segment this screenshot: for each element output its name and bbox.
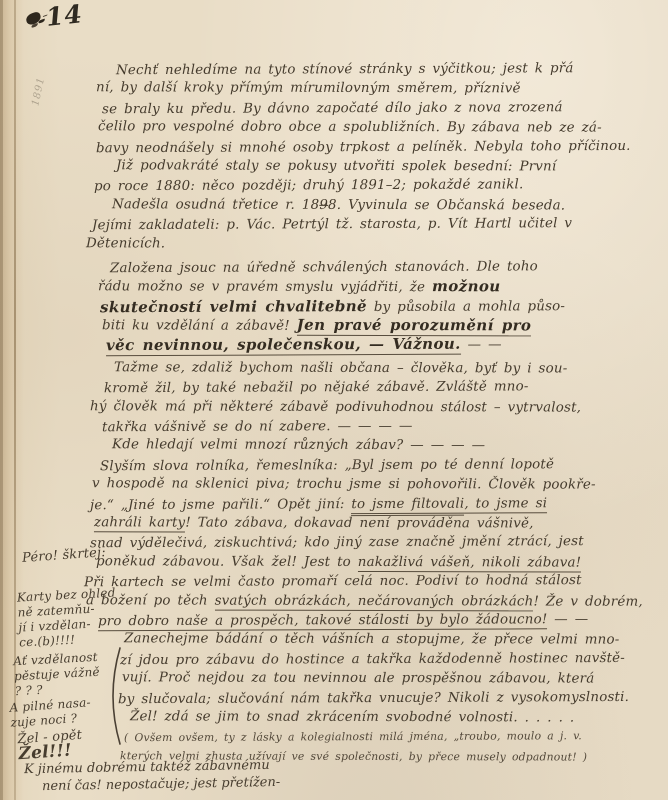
manuscript-line: ( Ovšem ovšem, ty z lásky a kolegialnost…: [124, 726, 666, 748]
margin-note-line: Péro! škrtej:: [22, 545, 107, 566]
text-segment: Kde hledají velmi mnozí různých zábav? —…: [112, 438, 485, 455]
manuscript-line: po roce 1880: něco později; druhý 1891–2…: [94, 175, 666, 197]
text-segment: ( Ovšem ovšem, ty z lásky a kolegialnost…: [124, 729, 582, 745]
manuscript-page: 14 1891 Nechť nehledíme na tyto stínové …: [0, 0, 668, 800]
manuscript-line: skutečností velmi chvalitebně by působil…: [100, 295, 666, 317]
red-ink-mark: [2, 534, 7, 541]
manuscript-line: ní, by další kroky přímým mírumilovným s…: [96, 79, 666, 100]
text-segment: poněkud zábavou. Však žel! Jest to: [96, 554, 358, 571]
text-segment: vují. Proč nejdou za tou nevinnou ale pr…: [122, 670, 594, 687]
text-segment: — —: [461, 338, 502, 354]
text-segment: je.“ „Jiné to jsme pařili.“ Opět jiní:: [90, 497, 351, 514]
text-segment: Při kartech se velmi často promaří celá …: [84, 573, 582, 591]
manuscript-line: zahráli karty! Tato zábava, dokavad není…: [94, 513, 666, 534]
text-segment: by slučovala; slučování nám takřka vnucu…: [118, 689, 629, 707]
manuscript-line: Nechť nehledíme na tyto stínové stránky …: [116, 59, 666, 81]
text-segment: 8. Vyvinula se Občanská beseda.: [328, 198, 565, 215]
manuscript-line: Jejími zakladateli: p. Vác. Petrtýl tž. …: [92, 214, 666, 236]
manuscript-line: Nadešla osudná třetice r. 1898. Vyvinula…: [112, 195, 666, 216]
manuscript-line: Zanechejme bádání o těch vášních a stopu…: [124, 630, 666, 651]
manuscript-line: by slučovala; slučování nám takřka vnucu…: [118, 687, 666, 709]
text-segment: zahráli karty: [94, 515, 185, 532]
page-edge-sliver: [0, 0, 3, 800]
text-segment: se braly ku předu. By dávno započaté díl…: [102, 100, 563, 118]
text-segment: nakažlivá vášeň, nikoli zábava!: [358, 555, 581, 573]
footer-note-line: není čas! nepostačuje; jest přetížen-: [42, 775, 280, 794]
text-segment: svatých obrázkách, nečárovaných obrázkác…: [215, 593, 534, 611]
margin-note: Karty bez ohledně zatemňu-jí i vzdělan-c…: [16, 585, 118, 650]
text-segment: pro dobro naše a prospěch, takové stálos…: [98, 612, 547, 631]
text-segment: ! Že v dobrém,: [533, 594, 642, 610]
text-segment: Nadešla osudná třetice r. 18: [112, 197, 319, 214]
manuscript-line: Kde hledají velmi mnozí různých zábav? —…: [112, 436, 666, 457]
text-segment: věc nevinnou, společenskou, — Vážnou.: [106, 335, 461, 357]
text-segment: — —: [547, 612, 588, 628]
text-segment: kromě žil, by také nebažil po nějaké záb…: [104, 380, 529, 398]
margin-note: Péro! škrtej:: [22, 545, 107, 566]
manuscript-line: Již podvakráté staly se pokusy utvořiti …: [116, 156, 666, 177]
text-segment: Žel! zdá se jim to snad zkrácením svobod…: [130, 709, 574, 726]
text-segment: řádu možno se v pravém smyslu vyjádřiti,…: [98, 280, 432, 297]
manuscript-line: se braly ku předu. By dávno započaté díl…: [102, 98, 666, 120]
text-segment: to jsme filtovali: [351, 496, 464, 515]
text-segment: Jen pravé porozumění pro: [297, 316, 532, 337]
manuscript-line: je.“ „Jiné to jsme pařili.“ Opět jiní: t…: [90, 493, 666, 515]
manuscript-line: biti ku vzdělání a zábavě! Jen pravé por…: [102, 315, 666, 336]
manuscript-line: kromě žil, by také nebažil po nějaké záb…: [104, 377, 666, 399]
text-segment: čelilo pro vespolné dobro obce a spolubl…: [98, 119, 602, 136]
manuscript-line: pro dobro naše a prospěch, takové stálos…: [98, 610, 666, 632]
text-segment: Jejími zakladateli: p. Vác. Petrtýl tž. …: [92, 216, 572, 234]
footer-note-line: K jinému dobrému taktéž zábavnému: [24, 758, 270, 777]
manuscript-line: snad výdělečivá, ziskuchtivá; kdo jiný z…: [90, 532, 666, 554]
margin-note-line: Žel!!!: [18, 743, 83, 762]
text-segment: ! Tato zábava, dokavad není prováděna vá…: [185, 515, 533, 532]
margin-note: Ať vzdělanostpěstuje vážně? ? ?: [13, 650, 101, 699]
text-segment: zí jdou pro zábavu do hostince a takřka …: [120, 651, 625, 669]
margin-note: Žel - opětŽel!!!: [17, 728, 84, 762]
manuscript-line: Při kartech se velmi často promaří celá …: [84, 571, 666, 593]
text-segment: 9: [319, 198, 328, 214]
text-segment: po roce 1880: něco později; druhý 1891–2…: [94, 178, 524, 196]
manuscript-line: řádu možno se v pravém smyslu vyjádřiti,…: [98, 277, 666, 298]
text-segment: Tažme se, zdaliž bychom našli občana – č…: [114, 360, 567, 377]
manuscript-line: vují. Proč nejdou za tou nevinnou ale pr…: [122, 668, 666, 689]
ink-blot: [25, 11, 43, 26]
text-segment: možnou: [432, 277, 501, 296]
text-segment: takřka vášnivě se do ní zabere. — — — —: [102, 419, 413, 436]
manuscript-line: věc nevinnou, společenskou, — Vážnou. — …: [106, 334, 666, 356]
text-segment: Již podvakráté staly se pokusy utvořiti …: [116, 158, 556, 175]
text-segment: Nechť nehledíme na tyto stínové stránky …: [116, 61, 574, 79]
text-segment: , to jsme si: [464, 496, 547, 513]
text-segment: snad výdělečivá, ziskuchtivá; kdo jiný z…: [90, 534, 584, 552]
red-ink-mark: [1, 620, 6, 627]
text-segment: Založena jsouc na úředně schválených sta…: [110, 259, 538, 277]
manuscript-line: poněkud zábavou. Však žel! Jest to nakaž…: [96, 552, 666, 573]
manuscript-body: Nechť nehledíme na tyto stínové stránky …: [100, 60, 666, 766]
manuscript-line: a božení po těch svatých obrázkách, nečá…: [86, 591, 666, 612]
manuscript-line: Žel! zdá se jim to snad zkrácením svobod…: [130, 707, 666, 728]
page-number: 14: [45, 0, 85, 32]
text-segment: hý člověk má při některé zábavě podivuho…: [90, 399, 581, 416]
manuscript-line: v hospodě na sklenici piva; trochu jsme …: [92, 474, 666, 495]
text-segment: ní, by další kroky přímým mírumilovným s…: [96, 81, 521, 98]
manuscript-line: Dětenicích.: [86, 234, 666, 255]
margin-bracket-curve: [104, 646, 124, 746]
ghost-ink-mark: 1891: [30, 76, 47, 107]
manuscript-line: zí jdou pro zábavu do hostince a takřka …: [120, 649, 666, 671]
text-segment: by působila a mohla půso-: [367, 299, 565, 316]
manuscript-line: hý člověk má při některé zábavě podivuho…: [90, 397, 666, 418]
red-ink-mark: [6, 552, 11, 559]
text-segment: biti ku vzdělání a zábavě!: [102, 318, 297, 335]
manuscript-line: takřka vášnivě se do ní zabere. — — — —: [102, 416, 666, 438]
manuscript-line: Založena jsouc na úředně schválených sta…: [110, 257, 666, 279]
text-segment: Slyším slova rolníka, řemeslníka: „Byl j…: [100, 457, 554, 475]
text-segment: bavy neodnášely si mnohé osoby trpkost a…: [96, 138, 631, 156]
manuscript-line: Slyším slova rolníka, řemeslníka: „Byl j…: [100, 455, 666, 477]
manuscript-line: bavy neodnášely si mnohé osoby trpkost a…: [96, 136, 666, 158]
text-segment: Zanechejme bádání o těch vášních a stopu…: [124, 632, 620, 649]
margin-note: A pilné nasa-zuje noci ?: [9, 695, 92, 731]
text-segment: Dětenicích.: [86, 236, 165, 252]
manuscript-line: čelilo pro vespolné dobro obce a spolubl…: [98, 117, 666, 138]
manuscript-line: Tažme se, zdaliž bychom našli občana – č…: [114, 358, 666, 379]
text-segment: skutečností velmi chvalitebně: [100, 297, 367, 317]
text-segment: v hospodě na sklenici piva; trochu jsme …: [92, 476, 596, 493]
